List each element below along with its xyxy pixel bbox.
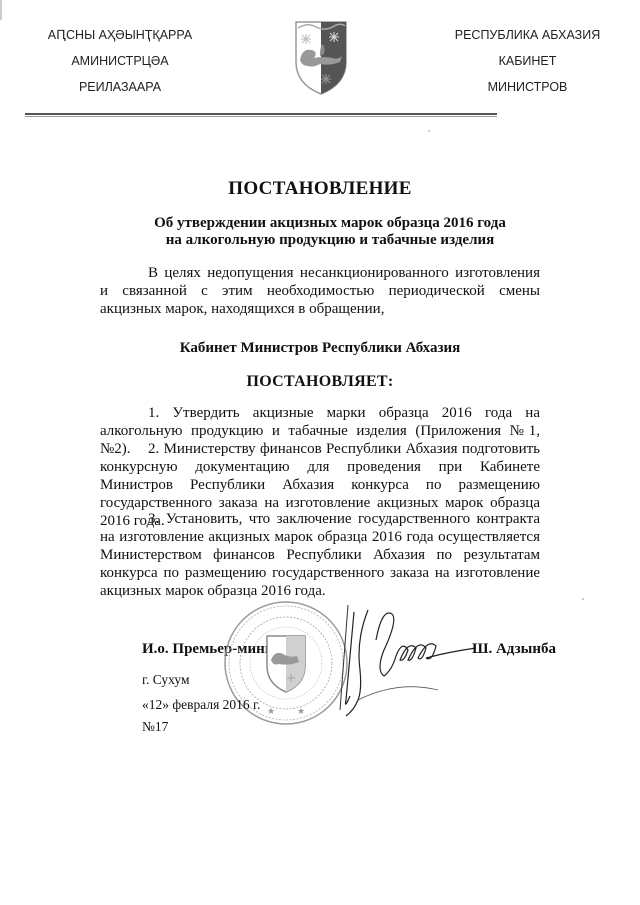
preamble-paragraph: В целях недопущения несанкционированного… [100, 264, 540, 318]
coat-of-arms-icon [290, 18, 352, 96]
header-left-line-3: РЕИЛАЗААРА [40, 80, 200, 94]
subtitle-line-1: Об утверждении акцизных марок образца 20… [140, 215, 520, 232]
document-subtitle: Об утверждении акцизных марок образца 20… [140, 215, 520, 249]
header-right-line-1: РЕСПУБЛИКА АБХАЗИЯ [440, 28, 615, 42]
header-left-abkhaz: АԤСНЫ АҲӘЫНҬҚАРРА АМИНИСТРЦӘА РЕИЛАЗААРА [40, 28, 200, 94]
document-number: №17 [142, 719, 168, 735]
header-right-line-2: КАБИНЕТ [440, 54, 615, 68]
document-title: ПОСТАНОВЛЕНИЕ [0, 178, 640, 200]
svg-text:★: ★ [267, 707, 275, 717]
header-left-line-2: АМИНИСТРЦӘА [40, 54, 200, 68]
issue-city: г. Сухум [142, 672, 190, 688]
header-left-line-1: АԤСНЫ АҲӘЫНҬҚАРРА [40, 28, 200, 42]
scan-edge [0, 0, 2, 20]
decrees-heading: ПОСТАНОВЛЯЕТ: [0, 373, 640, 391]
header-right-russian: РЕСПУБЛИКА АБХАЗИЯ КАБИНЕТ МИНИСТРОВ [440, 28, 615, 94]
svg-text:★: ★ [297, 707, 305, 717]
scan-speck [582, 598, 584, 600]
handwritten-signature-icon [318, 600, 478, 720]
issuer-heading: Кабинет Министров Республики Абхазия [0, 340, 640, 357]
decree-item-3: 3. Установить, что заключение государств… [100, 510, 540, 600]
scan-speck [428, 130, 430, 132]
issue-date: «12» февраля 2016 г. [142, 697, 260, 713]
header-right-line-3: МИНИСТРОВ [440, 80, 615, 94]
subtitle-line-2: на алкогольную продукцию и табачные изде… [140, 232, 520, 249]
signatory-name: Ш. Адзынба [472, 641, 556, 658]
document-page: АԤСНЫ АҲӘЫНҬҚАРРА АМИНИСТРЦӘА РЕИЛАЗААРА… [0, 0, 640, 905]
